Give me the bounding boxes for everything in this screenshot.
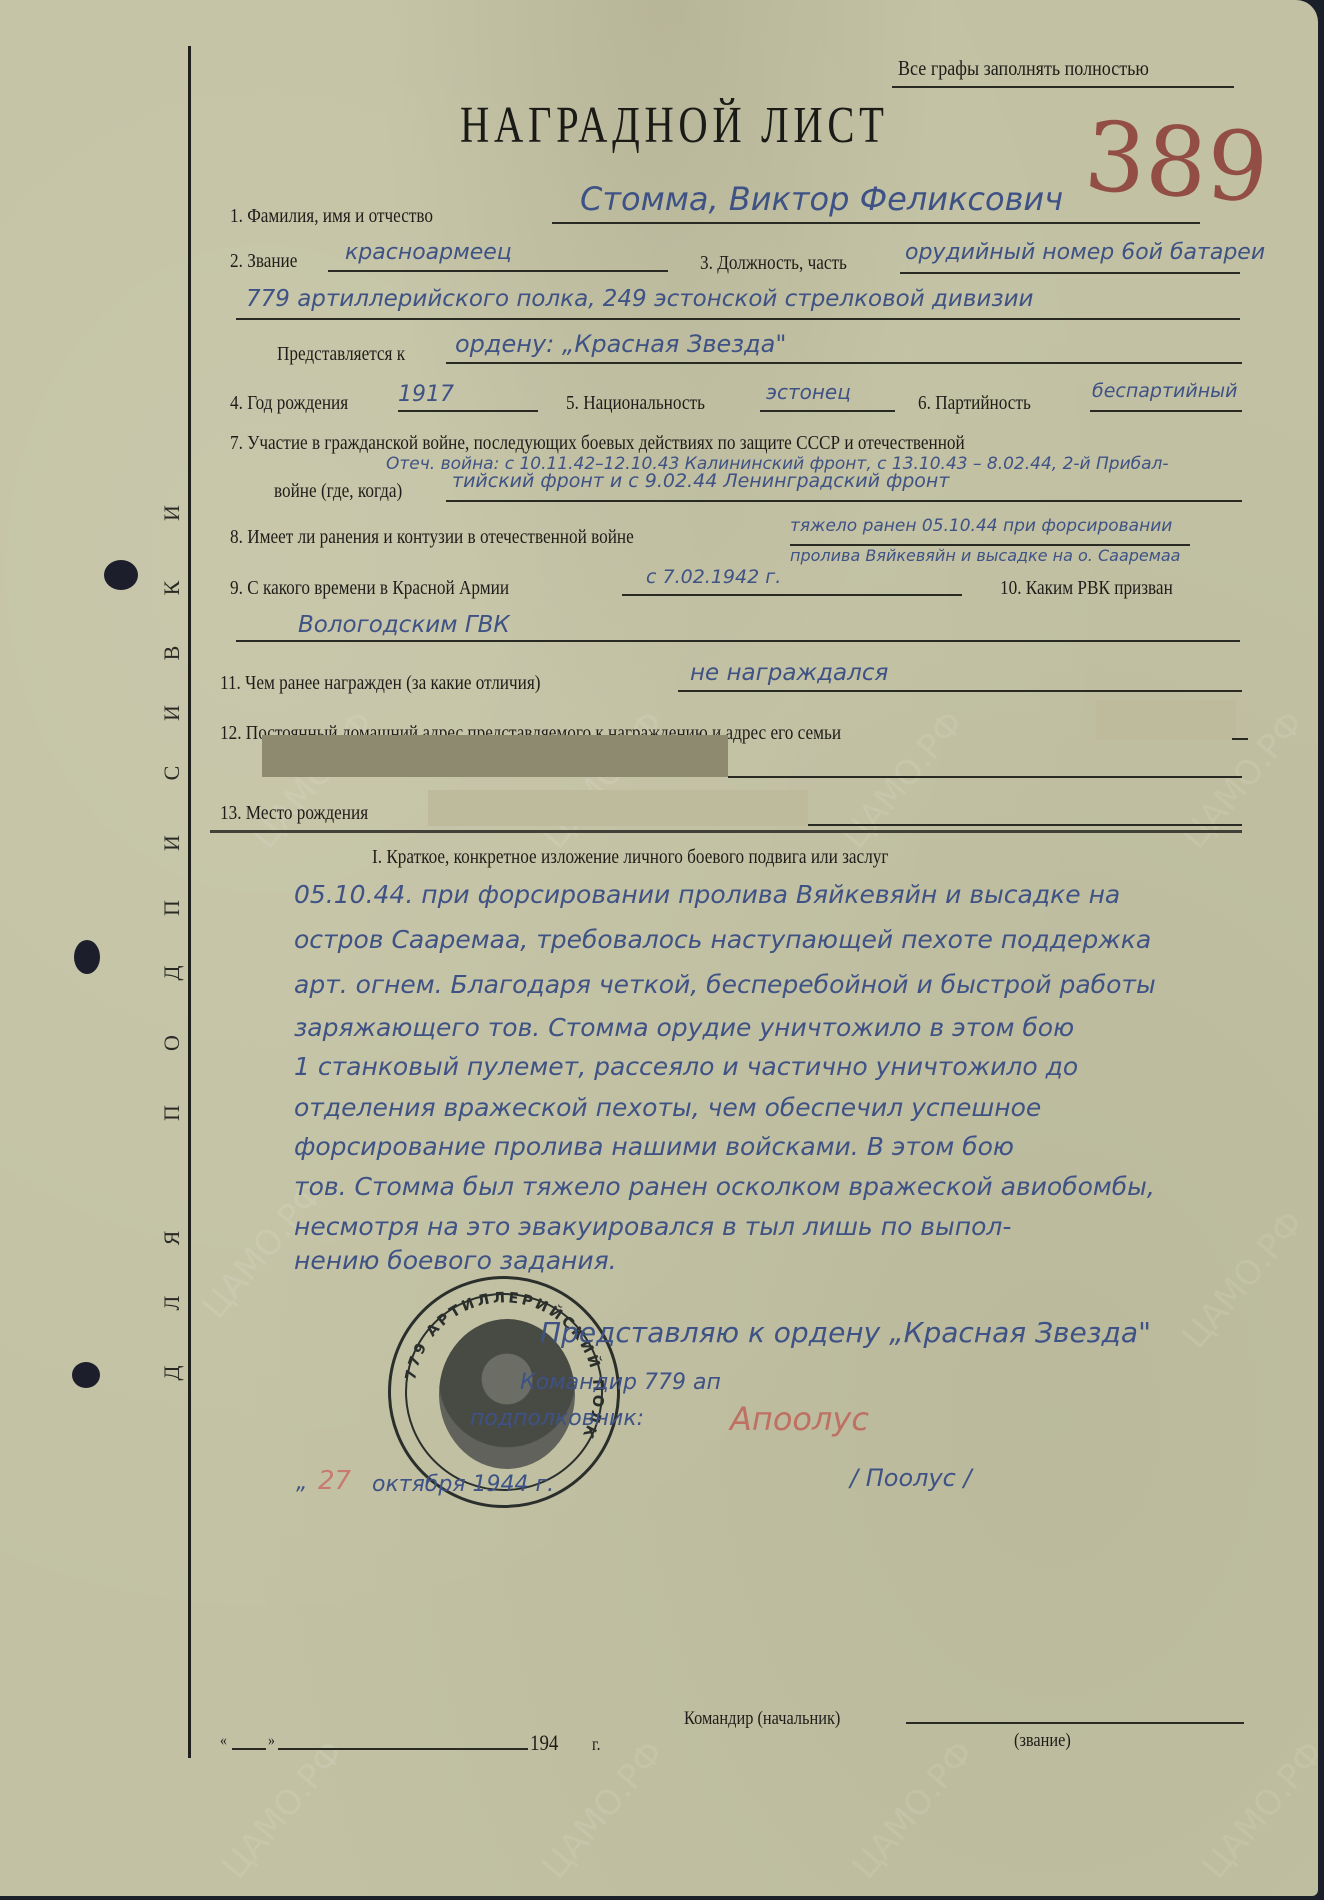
field-6-value: беспартийный [1092, 380, 1238, 402]
recommendation-text: Представляю к ордену „Красная Звезда" [540, 1316, 1151, 1349]
side-label-letter: Я [159, 1226, 185, 1250]
field-1-value: Стомма, Виктор Феликсович [580, 180, 1063, 218]
field-2-line [328, 270, 668, 272]
header-note: Все графы заполнять полностью [898, 56, 1149, 81]
field-7-value-line-2: тийский фронт и с 9.02.44 Ленинградский … [452, 470, 949, 492]
side-label-letter: О [159, 1031, 185, 1055]
field-9-label: 9. С какого времени в Красной Армии [230, 577, 509, 600]
signature-column-rule [188, 46, 191, 1758]
field-9-value: с 7.02.1942 г. [646, 566, 781, 588]
feat-line: форсирование пролива нашими войсками. В … [294, 1132, 1014, 1161]
watermark: ЦАМО.РФ [1194, 1733, 1324, 1886]
side-label-letter: С [159, 761, 185, 785]
footer-rank-caption: (звание) [1014, 1730, 1071, 1752]
side-label-letter: Д [159, 961, 185, 985]
section-divider [210, 830, 1242, 833]
field-13-label: 13. Место рождения [220, 802, 368, 825]
field-3-value: орудийный номер 6ой батареи [905, 240, 1265, 265]
field-3-line [900, 272, 1240, 274]
field-3-label: 3. Должность, часть [700, 252, 847, 275]
field-9-line [622, 594, 962, 596]
feat-line: отделения вражеской пехоты, чем обеспечи… [294, 1093, 1041, 1122]
field-5-label: 5. Национальность [566, 392, 705, 415]
field-7-label-line-2: войне (где, когда) [274, 480, 402, 503]
field-4-value: 1917 [398, 382, 454, 407]
side-label-letter: П [159, 1101, 185, 1125]
feat-line: нению боевого задания. [294, 1246, 617, 1275]
field-2-value: красноармеец [345, 240, 512, 265]
footer-day-line [232, 1748, 266, 1750]
field-7-line [446, 500, 1242, 502]
field-13-line [808, 824, 1242, 826]
field-3-value-continued: 779 артиллерийского полка, 249 эстонской… [246, 286, 1033, 312]
award-sheet-page: ЦАМО.РФ ЦАМО.РФ ЦАМО.РФ ЦАМО.РФ ЦАМО.РФ … [0, 0, 1318, 1896]
watermark: ЦАМО.РФ [534, 1733, 672, 1886]
field-8-label: 8. Имеет ли ранения и контузии в отечест… [230, 526, 634, 549]
punch-hole [104, 560, 138, 590]
side-label-letter: В [159, 641, 185, 665]
feat-line: остров Сааремаа, требовалось наступающей… [294, 925, 1151, 954]
commander-name: / Поолус / [850, 1464, 972, 1492]
footer-date-close: » [268, 1732, 275, 1750]
feat-line: тов. Стомма был тяжело ранен осколком вр… [294, 1172, 1155, 1201]
punch-hole [72, 1362, 100, 1388]
feat-line: несмотря на это эвакуировался в тыл лишь… [294, 1212, 1011, 1241]
nominated-line [446, 362, 1242, 364]
commander-rank: подполковник: [470, 1406, 644, 1431]
field-5-value: эстонец [766, 380, 851, 404]
footer-year-suffix: г. [592, 1734, 600, 1755]
side-label-letter: И [159, 831, 185, 855]
field-5-line [760, 410, 895, 412]
field-8-value-line-1: тяжело ранен 05.10.44 при форсировании [790, 516, 1172, 536]
commander-signature: Апоолус [730, 1400, 869, 1438]
field-6-label: 6. Партийность [918, 392, 1031, 415]
feat-line: 1 станковый пулемет, рассеяло и частично… [294, 1052, 1078, 1081]
page-title: НАГРАДНОЙ ЛИСТ [460, 96, 889, 155]
watermark: ЦАМО.РФ [1174, 1203, 1312, 1356]
field-7-label-line-1: 7. Участие в гражданской войне, последую… [230, 432, 965, 455]
field-8-value-line-2: пролива Вяйкевяйн и высадке на о. Саарем… [790, 546, 1180, 565]
date-day: 27 [318, 1466, 351, 1496]
feat-line: заряжающего тов. Стомма орудие уничтожил… [294, 1013, 1074, 1042]
field-1-label: 1. Фамилия, имя и отчество [230, 205, 433, 228]
footer-commander-line [906, 1722, 1244, 1724]
watermark: ЦАМО.РФ [214, 1733, 352, 1886]
field-12-line-end [1232, 738, 1248, 740]
field-10-line [236, 640, 1240, 642]
side-label-letter: И [159, 501, 185, 525]
field-6-line [1090, 410, 1242, 412]
date-open-quote: „ [296, 1470, 307, 1495]
header-note-underline [892, 86, 1234, 88]
punch-hole [74, 940, 100, 974]
watermark: ЦАМО.РФ [844, 1733, 982, 1886]
side-label-letter: И [159, 701, 185, 725]
footer-month-line [278, 1748, 528, 1750]
commander-unit: Командир 779 ап [520, 1370, 721, 1395]
field-4-line [398, 410, 538, 412]
redacted-birthplace [428, 790, 808, 826]
field-11-line [678, 690, 1242, 692]
field-11-value: не награждался [690, 660, 888, 686]
field-12-line [728, 776, 1242, 778]
date-month-year: октября 1944 г. [372, 1472, 554, 1497]
nominated-value: ордену: „Красная Звезда" [455, 330, 786, 358]
feat-line: 05.10.44. при форсировании пролива Вяйке… [294, 880, 1120, 909]
watermark: ЦАМО.РФ [834, 703, 972, 856]
footer-date-open: « [220, 1732, 227, 1750]
side-label-letter: Д [159, 1361, 185, 1385]
footer-year-prefix: 194 [530, 1730, 558, 1756]
field-3-line-2 [236, 318, 1240, 320]
field-2-label: 2. Звание [230, 250, 297, 273]
field-1-line [552, 222, 1200, 224]
redacted-address [262, 735, 728, 777]
feat-line: арт. огнем. Благодаря четкой, бесперебой… [294, 970, 1156, 999]
redacted-block [1096, 700, 1236, 740]
field-10-value: Вологодским ГВК [298, 612, 510, 638]
field-4-label: 4. Год рождения [230, 392, 348, 415]
footer-commander-label: Командир (начальник) [684, 1708, 840, 1730]
field-11-label: 11. Чем ранее награжден (за какие отличи… [220, 672, 540, 695]
side-label-letter: Л [159, 1291, 185, 1315]
feat-heading: I. Краткое, конкретное изложение личного… [372, 846, 888, 869]
field-10-label: 10. Каким РВК призван [1000, 577, 1173, 600]
nominated-label: Представляется к [277, 343, 405, 366]
side-label-letter: К [159, 576, 185, 600]
archive-number: 389 [1081, 100, 1272, 225]
side-label-letter: П [159, 896, 185, 920]
